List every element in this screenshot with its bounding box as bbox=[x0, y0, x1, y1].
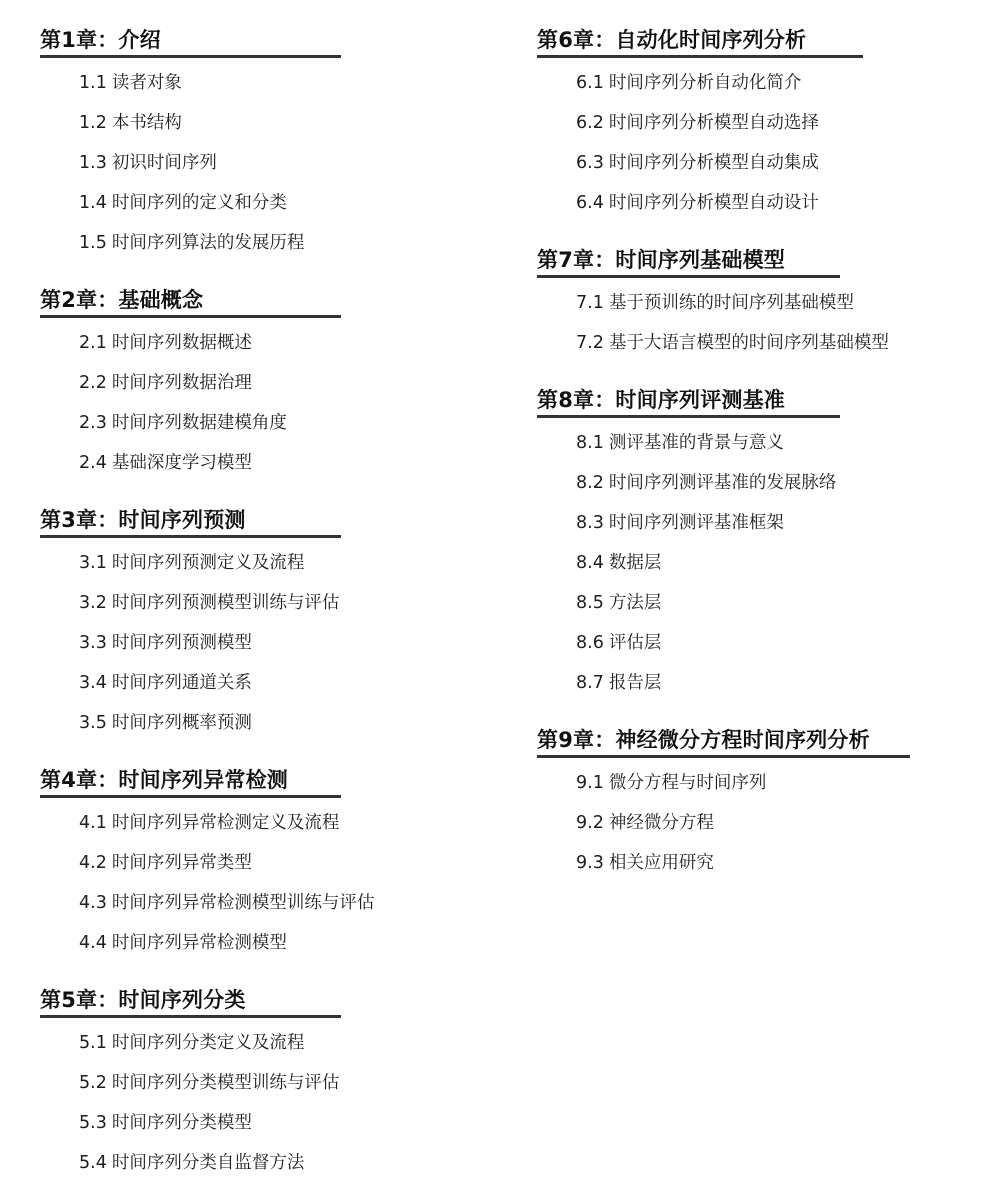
section-title: 时间序列数据概述 bbox=[112, 333, 252, 353]
chapter-title: 第5章：时间序列分类 bbox=[40, 986, 341, 1014]
section-item[interactable]: 8.3时间序列测评基准框架 bbox=[576, 503, 840, 543]
section-title: 测评基准的背景与意义 bbox=[609, 433, 784, 453]
section-title: 时间序列概率预测 bbox=[112, 713, 252, 733]
section-number: 1.2 bbox=[79, 113, 107, 133]
section-number: 1.5 bbox=[79, 233, 107, 253]
chapter-title: 第3章：时间序列预测 bbox=[40, 506, 341, 534]
section-item[interactable]: 8.2时间序列测评基准的发展脉络 bbox=[576, 463, 840, 503]
section-item[interactable]: 4.1时间序列异常检测定义及流程 bbox=[79, 803, 374, 843]
section-item[interactable]: 8.5方法层 bbox=[576, 583, 840, 623]
section-number: 4.2 bbox=[79, 853, 107, 873]
section-item[interactable]: 2.3时间序列数据建模角度 bbox=[79, 403, 341, 443]
chapter-5: 第5章：时间序列分类 5.1时间序列分类定义及流程 5.2时间序列分类模型训练与… bbox=[40, 986, 341, 1183]
section-item[interactable]: 4.2时间序列异常类型 bbox=[79, 843, 374, 883]
section-item[interactable]: 5.4时间序列分类自监督方法 bbox=[79, 1143, 341, 1183]
section-title: 数据层 bbox=[609, 553, 662, 573]
section-list: 2.1时间序列数据概述 2.2时间序列数据治理 2.3时间序列数据建模角度 2.… bbox=[40, 323, 341, 483]
section-item[interactable]: 8.1测评基准的背景与意义 bbox=[576, 423, 840, 463]
section-title: 时间序列分析模型自动集成 bbox=[609, 153, 819, 173]
section-number: 6.4 bbox=[576, 193, 604, 213]
section-number: 3.2 bbox=[79, 593, 107, 613]
section-item[interactable]: 3.5时间序列概率预测 bbox=[79, 703, 341, 743]
section-number: 4.3 bbox=[79, 893, 107, 913]
section-item[interactable]: 7.1基于预训练的时间序列基础模型 bbox=[576, 283, 889, 323]
section-title: 报告层 bbox=[609, 673, 662, 693]
section-number: 3.5 bbox=[79, 713, 107, 733]
section-number: 8.7 bbox=[576, 673, 604, 693]
section-title: 时间序列数据治理 bbox=[112, 373, 252, 393]
section-title: 时间序列分析模型自动选择 bbox=[609, 113, 819, 133]
section-title: 时间序列通道关系 bbox=[112, 673, 252, 693]
section-title: 时间序列数据建模角度 bbox=[112, 413, 287, 433]
section-list: 6.1时间序列分析自动化简介 6.2时间序列分析模型自动选择 6.3时间序列分析… bbox=[537, 63, 863, 223]
section-title: 初识时间序列 bbox=[112, 153, 217, 173]
section-title: 时间序列异常类型 bbox=[112, 853, 252, 873]
section-number: 6.1 bbox=[576, 73, 604, 93]
section-number: 2.3 bbox=[79, 413, 107, 433]
section-number: 1.1 bbox=[79, 73, 107, 93]
section-number: 9.2 bbox=[576, 813, 604, 833]
section-title: 时间序列分类模型训练与评估 bbox=[112, 1073, 340, 1093]
section-number: 2.4 bbox=[79, 453, 107, 473]
section-item[interactable]: 3.2时间序列预测模型训练与评估 bbox=[79, 583, 341, 623]
section-number: 5.3 bbox=[79, 1113, 107, 1133]
section-number: 8.3 bbox=[576, 513, 604, 533]
section-title: 时间序列分类自监督方法 bbox=[112, 1153, 305, 1173]
section-number: 2.2 bbox=[79, 373, 107, 393]
section-item[interactable]: 9.1微分方程与时间序列 bbox=[576, 763, 910, 803]
section-item[interactable]: 3.1时间序列预测定义及流程 bbox=[79, 543, 341, 583]
section-list: 9.1微分方程与时间序列 9.2神经微分方程 9.3相关应用研究 bbox=[537, 763, 910, 883]
section-number: 9.3 bbox=[576, 853, 604, 873]
section-item[interactable]: 2.2时间序列数据治理 bbox=[79, 363, 341, 403]
section-list: 4.1时间序列异常检测定义及流程 4.2时间序列异常类型 4.3时间序列异常检测… bbox=[40, 803, 374, 963]
section-item[interactable]: 1.5时间序列算法的发展历程 bbox=[79, 223, 341, 263]
section-item[interactable]: 5.2时间序列分类模型训练与评估 bbox=[79, 1063, 341, 1103]
section-item[interactable]: 1.2本书结构 bbox=[79, 103, 341, 143]
section-number: 8.1 bbox=[576, 433, 604, 453]
section-item[interactable]: 5.1时间序列分类定义及流程 bbox=[79, 1023, 341, 1063]
chapter-6: 第6章：自动化时间序列分析 6.1时间序列分析自动化简介 6.2时间序列分析模型… bbox=[537, 26, 863, 223]
section-item[interactable]: 2.1时间序列数据概述 bbox=[79, 323, 341, 363]
section-number: 1.3 bbox=[79, 153, 107, 173]
section-item[interactable]: 8.6评估层 bbox=[576, 623, 840, 663]
section-title: 基于大语言模型的时间序列基础模型 bbox=[609, 333, 889, 353]
chapter-underline bbox=[40, 535, 341, 538]
chapter-underline bbox=[537, 415, 840, 418]
section-list: 3.1时间序列预测定义及流程 3.2时间序列预测模型训练与评估 3.3时间序列预… bbox=[40, 543, 341, 743]
section-title: 时间序列分类定义及流程 bbox=[112, 1033, 305, 1053]
section-title: 读者对象 bbox=[112, 73, 182, 93]
chapter-underline bbox=[40, 795, 341, 798]
chapter-underline bbox=[40, 1015, 341, 1018]
section-item[interactable]: 1.3初识时间序列 bbox=[79, 143, 341, 183]
section-item[interactable]: 1.4时间序列的定义和分类 bbox=[79, 183, 341, 223]
section-title: 微分方程与时间序列 bbox=[609, 773, 767, 793]
chapter-7: 第7章：时间序列基础模型 7.1基于预训练的时间序列基础模型 7.2基于大语言模… bbox=[537, 246, 889, 363]
section-number: 6.2 bbox=[576, 113, 604, 133]
section-number: 8.4 bbox=[576, 553, 604, 573]
section-number: 7.2 bbox=[576, 333, 604, 353]
chapter-3: 第3章：时间序列预测 3.1时间序列预测定义及流程 3.2时间序列预测模型训练与… bbox=[40, 506, 341, 743]
section-title: 时间序列预测定义及流程 bbox=[112, 553, 305, 573]
section-title: 本书结构 bbox=[112, 113, 182, 133]
chapter-title: 第6章：自动化时间序列分析 bbox=[537, 26, 863, 54]
section-title: 评估层 bbox=[609, 633, 662, 653]
section-item[interactable]: 9.2神经微分方程 bbox=[576, 803, 910, 843]
section-item[interactable]: 1.1读者对象 bbox=[79, 63, 341, 103]
section-number: 6.3 bbox=[576, 153, 604, 173]
chapter-9: 第9章：神经微分方程时间序列分析 9.1微分方程与时间序列 9.2神经微分方程 … bbox=[537, 726, 910, 883]
section-number: 2.1 bbox=[79, 333, 107, 353]
chapter-underline bbox=[40, 55, 341, 58]
section-number: 5.1 bbox=[79, 1033, 107, 1053]
section-number: 8.6 bbox=[576, 633, 604, 653]
section-title: 神经微分方程 bbox=[609, 813, 714, 833]
section-title: 时间序列预测模型训练与评估 bbox=[112, 593, 340, 613]
chapter-title: 第2章：基础概念 bbox=[40, 286, 341, 314]
section-title: 时间序列的定义和分类 bbox=[112, 193, 287, 213]
chapter-title: 第1章：介绍 bbox=[40, 26, 341, 54]
chapter-underline bbox=[537, 275, 840, 278]
section-item[interactable]: 6.1时间序列分析自动化简介 bbox=[576, 63, 863, 103]
section-item[interactable]: 2.4基础深度学习模型 bbox=[79, 443, 341, 483]
section-list: 7.1基于预训练的时间序列基础模型 7.2基于大语言模型的时间序列基础模型 bbox=[537, 283, 889, 363]
section-number: 4.4 bbox=[79, 933, 107, 953]
section-list: 1.1读者对象 1.2本书结构 1.3初识时间序列 1.4时间序列的定义和分类 … bbox=[40, 63, 341, 263]
chapter-title: 第8章：时间序列评测基准 bbox=[537, 386, 840, 414]
section-title: 基于预训练的时间序列基础模型 bbox=[609, 293, 854, 313]
section-number: 3.1 bbox=[79, 553, 107, 573]
chapter-title: 第7章：时间序列基础模型 bbox=[537, 246, 889, 274]
chapter-title: 第9章：神经微分方程时间序列分析 bbox=[537, 726, 910, 754]
section-list: 8.1测评基准的背景与意义 8.2时间序列测评基准的发展脉络 8.3时间序列测评… bbox=[537, 423, 840, 703]
section-number: 5.4 bbox=[79, 1153, 107, 1173]
section-item[interactable]: 6.4时间序列分析模型自动设计 bbox=[576, 183, 863, 223]
section-list: 5.1时间序列分类定义及流程 5.2时间序列分类模型训练与评估 5.3时间序列分… bbox=[40, 1023, 341, 1183]
section-item[interactable]: 8.7报告层 bbox=[576, 663, 840, 703]
section-item[interactable]: 4.3时间序列异常检测模型训练与评估 bbox=[79, 883, 374, 923]
section-title: 方法层 bbox=[609, 593, 662, 613]
section-title: 时间序列分析自动化简介 bbox=[609, 73, 802, 93]
section-item[interactable]: 6.2时间序列分析模型自动选择 bbox=[576, 103, 863, 143]
section-number: 3.4 bbox=[79, 673, 107, 693]
chapter-underline bbox=[40, 315, 341, 318]
section-item[interactable]: 7.2基于大语言模型的时间序列基础模型 bbox=[576, 323, 889, 363]
section-title: 时间序列异常检测定义及流程 bbox=[112, 813, 340, 833]
section-item[interactable]: 8.4数据层 bbox=[576, 543, 840, 583]
section-item[interactable]: 3.4时间序列通道关系 bbox=[79, 663, 341, 703]
section-number: 7.1 bbox=[576, 293, 604, 313]
section-title: 时间序列测评基准的发展脉络 bbox=[609, 473, 837, 493]
chapter-underline bbox=[537, 755, 910, 758]
section-title: 基础深度学习模型 bbox=[112, 453, 252, 473]
section-title: 时间序列异常检测模型训练与评估 bbox=[112, 893, 375, 913]
section-number: 8.2 bbox=[576, 473, 604, 493]
section-number: 3.3 bbox=[79, 633, 107, 653]
section-item[interactable]: 6.3时间序列分析模型自动集成 bbox=[576, 143, 863, 183]
section-item[interactable]: 4.4时间序列异常检测模型 bbox=[79, 923, 374, 963]
chapter-2: 第2章：基础概念 2.1时间序列数据概述 2.2时间序列数据治理 2.3时间序列… bbox=[40, 286, 341, 483]
chapter-1: 第1章：介绍 1.1读者对象 1.2本书结构 1.3初识时间序列 1.4时间序列… bbox=[40, 26, 341, 263]
section-number: 4.1 bbox=[79, 813, 107, 833]
section-number: 9.1 bbox=[576, 773, 604, 793]
chapter-underline bbox=[537, 55, 863, 58]
section-number: 8.5 bbox=[576, 593, 604, 613]
chapter-4: 第4章：时间序列异常检测 4.1时间序列异常检测定义及流程 4.2时间序列异常类… bbox=[40, 766, 374, 963]
section-item[interactable]: 9.3相关应用研究 bbox=[576, 843, 910, 883]
section-title: 相关应用研究 bbox=[609, 853, 714, 873]
section-number: 1.4 bbox=[79, 193, 107, 213]
section-title: 时间序列算法的发展历程 bbox=[112, 233, 305, 253]
section-item[interactable]: 5.3时间序列分类模型 bbox=[79, 1103, 341, 1143]
section-title: 时间序列分类模型 bbox=[112, 1113, 252, 1133]
chapter-title: 第4章：时间序列异常检测 bbox=[40, 766, 374, 794]
section-number: 5.2 bbox=[79, 1073, 107, 1093]
section-title: 时间序列预测模型 bbox=[112, 633, 252, 653]
section-title: 时间序列异常检测模型 bbox=[112, 933, 287, 953]
section-title: 时间序列测评基准框架 bbox=[609, 513, 784, 533]
section-item[interactable]: 3.3时间序列预测模型 bbox=[79, 623, 341, 663]
chapter-8: 第8章：时间序列评测基准 8.1测评基准的背景与意义 8.2时间序列测评基准的发… bbox=[537, 386, 840, 703]
section-title: 时间序列分析模型自动设计 bbox=[609, 193, 819, 213]
